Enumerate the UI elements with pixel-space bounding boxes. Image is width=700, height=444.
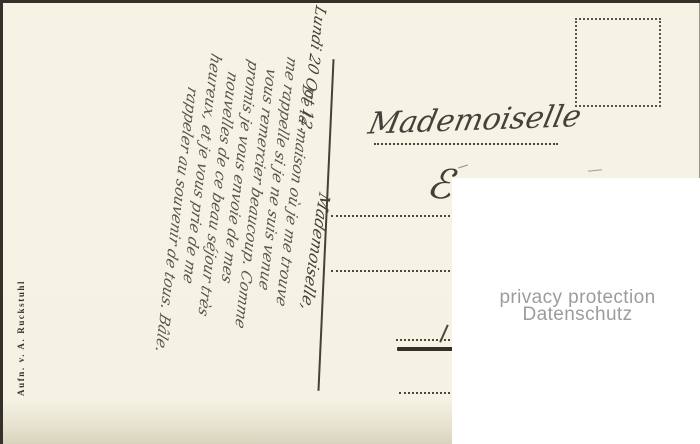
- privacy-watermark-line2: Datenschutz: [452, 307, 700, 324]
- handwritten-address-initial: ℰ: [424, 157, 456, 209]
- address-line: [396, 339, 454, 341]
- address-line: [374, 143, 558, 145]
- pen-stroke: [588, 169, 602, 172]
- handwritten-recipient: Mademoiselle: [368, 100, 569, 142]
- pen-stroke: [458, 164, 468, 168]
- privacy-overlay: privacy protection Datenschutz: [452, 178, 700, 444]
- privacy-watermark-text: privacy protection Datenschutz: [452, 290, 700, 323]
- postcard-back: Aufn. v. A. Ruckstuhl Lundi 20 Oct 12. M…: [0, 0, 700, 444]
- ink-heavy-line: [397, 347, 454, 351]
- publisher-credit: Aufn. v. A. Ruckstuhl: [16, 288, 30, 396]
- address-line: [331, 215, 454, 217]
- handwritten-recipient-text: Mademoiselle: [365, 99, 584, 142]
- address-line: [331, 270, 454, 272]
- handwritten-message: De la maison où je me trouve me rappelle…: [142, 1, 325, 434]
- stamp-box: [575, 18, 661, 107]
- address-line: [399, 392, 454, 394]
- handwritten-greeting-text: Mademoiselle,: [297, 190, 333, 314]
